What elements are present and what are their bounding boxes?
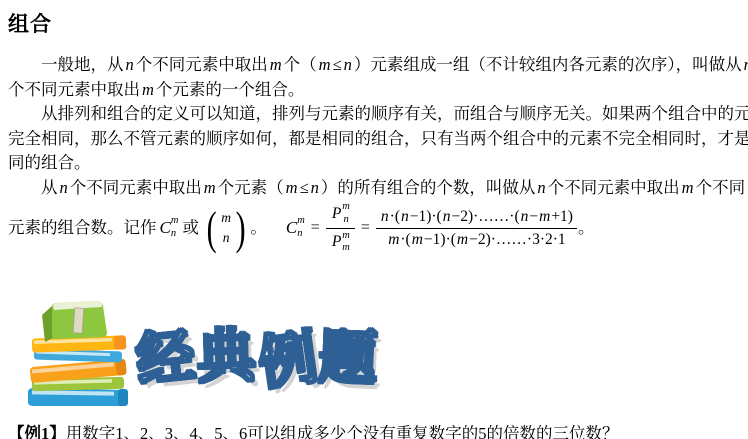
fraction-denominator: m·(m−1)·(m−2)·……·3·2·1 xyxy=(387,229,565,249)
equals-sign: = xyxy=(311,216,320,241)
text-line: 同的组合。 xyxy=(8,151,740,176)
example-1-problem: 【例1】用数字1、2、3、4、5、6可以组成多少个没有重复数字的5的倍数的三位数… xyxy=(8,420,740,439)
paragraph-order-explanation: 从排列和组合的定义可以知道，排列与元素的顺序有关，而组合与顺序无关。如果两个组合… xyxy=(8,102,740,176)
text-line: 一般地，从n个不同元素中取出m个（m≤n）元素组成一组（不计较组内各元素的次序）… xyxy=(8,53,740,78)
books-stack-icon xyxy=(22,297,134,409)
document-page: 组合 一般地，从n个不同元素中取出m个（m≤n）元素组成一组（不计较组内各元素的… xyxy=(0,0,748,439)
classic-examples-banner: 经典例题 xyxy=(8,296,740,410)
paragraph-combination-count: 从n个不同元素中取出m个元素（m≤n）的所有组合的个数，叫做从n个不同元素中取出… xyxy=(8,176,740,257)
period: 。 xyxy=(578,216,595,241)
equals-sign: = xyxy=(361,216,370,241)
binomial-notation: ( mn ) xyxy=(204,205,248,251)
left-paren: ( xyxy=(207,205,217,252)
period: 。 xyxy=(250,216,267,241)
paragraph-definition: 一般地，从n个不同元素中取出m个（m≤n）元素组成一组（不计较组内各元素的次序）… xyxy=(8,53,740,102)
or-word: 或 xyxy=(182,216,199,241)
text-line: 从n个不同元素中取出m个元素（m≤n）的所有组合的个数，叫做从n个不同元素中取出… xyxy=(8,176,740,201)
text-line: 从排列和组合的定义可以知道，排列与元素的顺序有关，而组合与顺序无关。如果两个组合… xyxy=(8,102,740,127)
C-n-m-notation: C mn xyxy=(158,215,179,240)
text-line: 完全相同，那么不管元素的顺序如何，都是相同的组合，只有当两个组合中的元素不完全相… xyxy=(8,127,740,152)
formula-lead-text: 元素的组合数。记作 xyxy=(8,216,157,241)
right-paren: ) xyxy=(236,205,246,252)
fraction-numerator: n·(n−1)·(n−2)·……·(n−m+1) xyxy=(376,207,577,228)
permutation-ratio-fraction: Pmn Pmm xyxy=(326,201,355,254)
combination-formula: 元素的组合数。记作 C mn 或 ( mn ) 。 C mn = Pmn xyxy=(8,200,740,256)
classic-examples-title: 经典例题 xyxy=(136,311,380,395)
expanded-product-fraction: n·(n−1)·(n−2)·……·(n−m+1) m·(m−1)·(m−2)·…… xyxy=(376,207,577,249)
page-title: 组合 xyxy=(8,8,740,38)
text-line: 个不同元素中取出m个元素的一个组合。 xyxy=(8,78,740,103)
C-n-m-notation: C mn xyxy=(284,215,305,240)
